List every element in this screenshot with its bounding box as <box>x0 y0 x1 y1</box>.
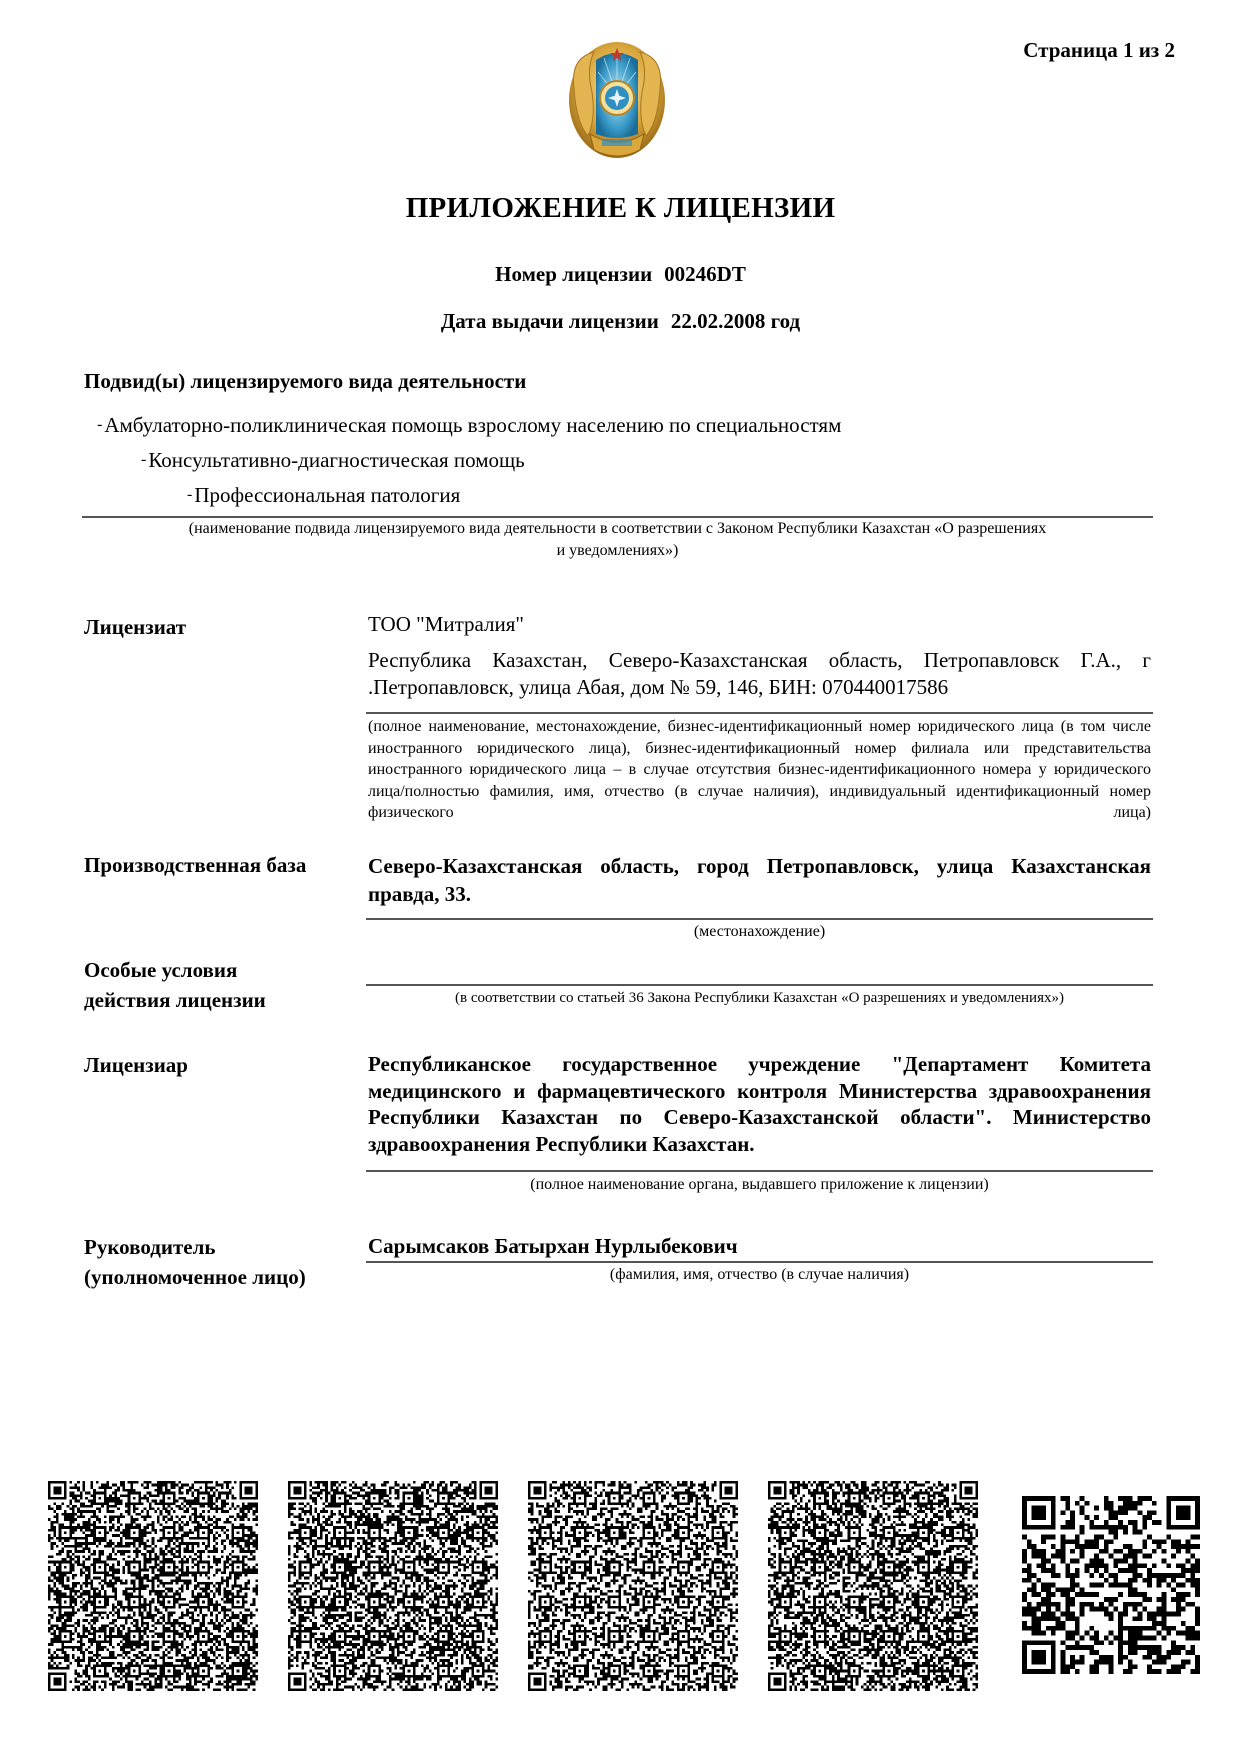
special-conditions-caption: (в соответствии со статьей 36 Закона Рес… <box>366 987 1153 1009</box>
qr-code-icon <box>288 1481 498 1691</box>
license-date-value: 22.02.2008 год <box>671 309 800 333</box>
licensee-name: ТОО "Митралия" <box>368 611 1151 638</box>
special-conditions-label: Особые условия действия лицензии <box>84 955 266 1015</box>
licensee-address-line2: .Петропавловск, улица Абая, дом № 59, 14… <box>368 674 1151 701</box>
licensor-value: Республиканское государственное учрежден… <box>368 1051 1151 1157</box>
head-label: Руководитель (уполномоченное лицо) <box>84 1232 306 1292</box>
bullet-dash-icon: - <box>187 486 192 503</box>
qr-code-icon <box>48 1481 258 1691</box>
bullet-dash-icon: - <box>97 416 102 433</box>
license-date-label: Дата выдачи лицензии <box>441 309 659 333</box>
licensor-label: Лицензиар <box>84 1050 188 1080</box>
state-emblem-icon <box>566 38 668 166</box>
licensee-rule <box>366 712 1153 714</box>
special-conditions-rule <box>366 984 1153 986</box>
production-base-label: Производственная база <box>84 850 306 880</box>
subtypes-caption: (наименование подвида лицензируемого вид… <box>82 518 1153 562</box>
qr-code-icon <box>768 1481 978 1691</box>
licensee-label: Лицензиат <box>84 612 186 642</box>
document-title: ПРИЛОЖЕНИЕ К ЛИЦЕНЗИИ <box>0 192 1241 225</box>
license-number: Номер лицензии00246DT <box>0 262 1241 287</box>
production-base-rule <box>366 918 1153 920</box>
subtype-item: -Профессиональная патология <box>187 483 460 508</box>
subtype-item: -Амбулаторно-поликлиническая помощь взро… <box>97 413 841 438</box>
license-number-label: Номер лицензии <box>495 262 652 286</box>
licensee-address-line1: Республика Казахстан, Северо-Казахстанск… <box>368 647 1151 674</box>
licensor-rule <box>366 1170 1153 1172</box>
licensor-caption: (полное наименование органа, выдавшего п… <box>366 1174 1153 1196</box>
head-caption: (фамилия, имя, отчество (в случае наличи… <box>366 1264 1153 1286</box>
subtypes-heading: Подвид(ы) лицензируемого вида деятельнос… <box>84 369 526 394</box>
special-conditions-value <box>368 955 1151 982</box>
production-base-caption: (местонахождение) <box>366 921 1153 943</box>
license-date: Дата выдачи лицензии22.02.2008 год <box>0 309 1241 334</box>
qr-code-icon <box>1022 1496 1200 1674</box>
page-counter: Страница 1 из 2 <box>1023 38 1175 63</box>
qr-code-icon <box>528 1481 738 1691</box>
bullet-dash-icon: - <box>141 451 146 468</box>
subtype-item: -Консультативно-диагностическая помощь <box>141 448 525 473</box>
production-base-value: Северо-Казахстанская область, город Петр… <box>368 852 1151 908</box>
licensee-caption: (полное наименование, местонахождение, б… <box>368 716 1151 824</box>
license-number-value: 00246DT <box>664 262 746 286</box>
head-name: Сарымсаков Батырхан Нурлыбекович <box>368 1233 1151 1260</box>
head-rule <box>366 1261 1153 1263</box>
